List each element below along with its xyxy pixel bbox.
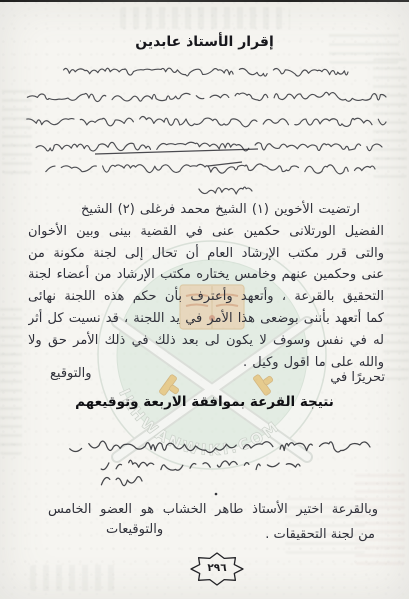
declaration-line: التحقيق بالقرعة ، وأتعهد وأعترف بأن حكم … [28, 286, 384, 308]
declaration-line: ارتضيت الأخوين (١) الشيخ محمد فرغلى (٢) … [28, 199, 384, 221]
lottery-result-line-2: من لجنة التحقيقات . [265, 527, 375, 542]
lottery-result-line-1: وبالقرعة اختير الأستاذ طاهر الخشاب هو ال… [48, 502, 378, 517]
declaration-paragraph: ارتضيت الأخوين (١) الشيخ محمد فرغلى (٢) … [28, 199, 384, 373]
declaration-line: عنى وحكمين عنهم وخامس يختاره مكتب الإرشا… [28, 264, 384, 286]
declaration-line: الفضيل الورتلانى حكمين عنى في القضية بين… [28, 221, 384, 243]
declaration-line: والتى قرر مكتب الإرشاد العام أن تحال إلى… [28, 243, 384, 265]
scanned-document-page: { "page": { "title": "إقرار الأستاذ عابد… [0, 0, 409, 599]
lottery-result-heading: نتيجة القرعة بموافقة الاربعة وتوقيعهم [0, 394, 409, 410]
signature-label: والتوقيع [50, 366, 92, 381]
declaration-line: له في نفس وسوف لا يكون لى بعد ذلك في ذلك… [28, 330, 384, 352]
signatures-plural-label: والتوقيعات [106, 522, 163, 537]
written-on-label: تحريرًا في [330, 370, 385, 385]
page-number-seal: ٢٩٦ [190, 551, 248, 589]
declaration-line: كما أتعهد بأننى بوضعى هذا الأمر في يد ال… [28, 308, 384, 330]
page-title: إقرار الأستاذ عابدين [0, 34, 409, 50]
page-number: ٢٩٦ [190, 562, 244, 574]
scan-edge-line [0, 0, 409, 2]
